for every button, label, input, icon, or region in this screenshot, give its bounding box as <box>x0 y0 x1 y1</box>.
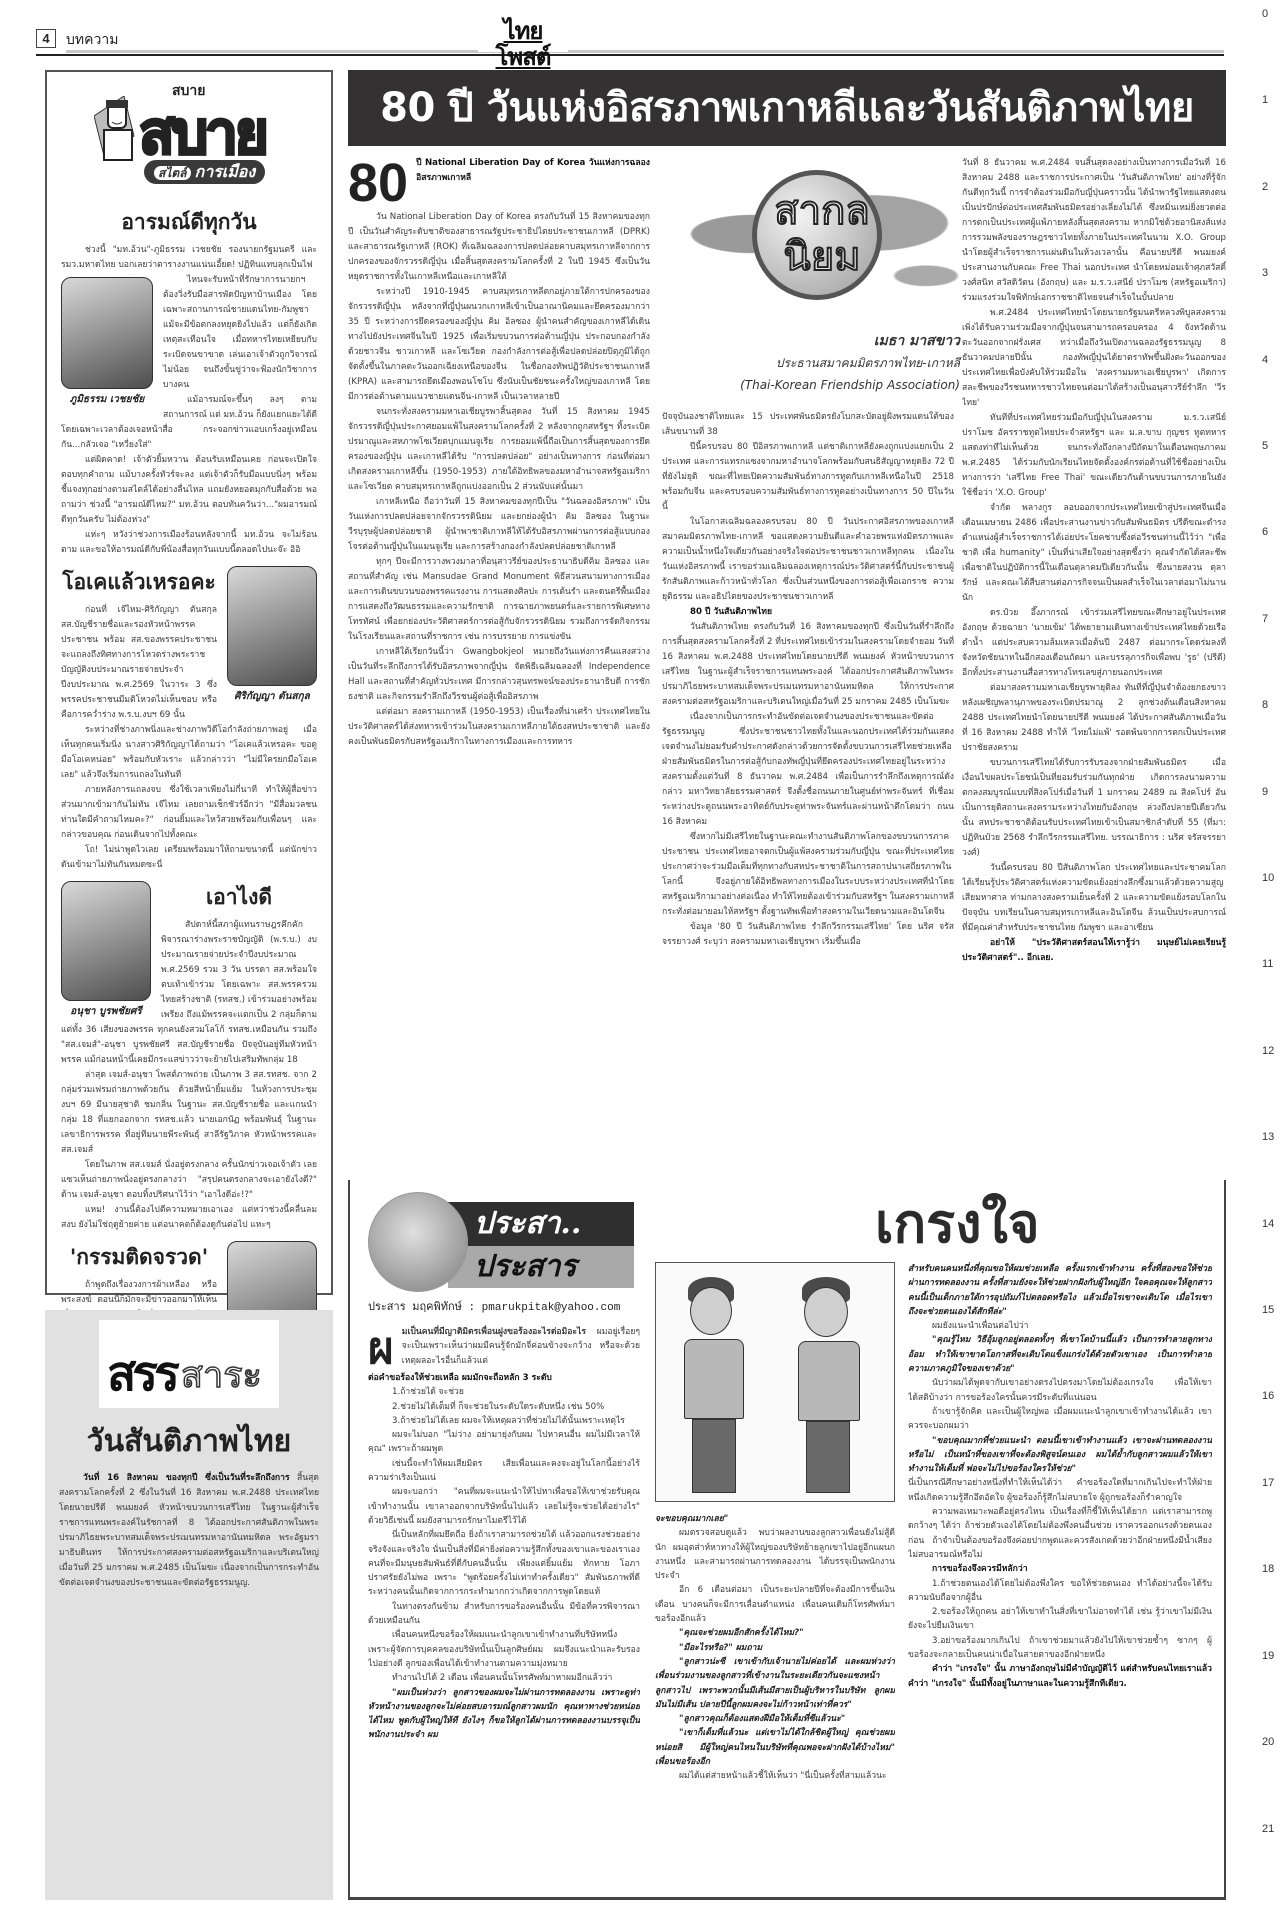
quote: "มีอะไรหรือ?" ผมถาม <box>655 1641 895 1655</box>
logo-top: ประสา.. <box>448 1202 634 1246</box>
paragraph: ระหว่างที่ช่างภาพนิ่งและช่างภาพวิดีโอกำล… <box>61 723 317 783</box>
paragraph: จนกระทั่งสงครามมหาเอเชียบูรพาสิ้นสุดลง ว… <box>348 405 650 495</box>
page-number: 4 <box>36 29 56 48</box>
quote: "ลูกสาวน่ะซี เขาเข้ากับเจ้านายไม่ค่อยได้… <box>655 1655 895 1712</box>
author-name: เมธา มาสขาว <box>662 330 960 352</box>
photo-anucha <box>61 881 151 1001</box>
item-body: ช่วงนี้ "มท.อ้วน"-ภูมิธรรม เวชยชัย รองนา… <box>61 243 317 558</box>
section-label: บทความ <box>66 29 118 51</box>
ruler-mark: 12 <box>1262 1045 1274 1057</box>
column-logo: สบาย สบาย สไตล์การเมือง <box>84 76 294 196</box>
paragraph: โถ! ไม่น่าพูดไวเลย เตรียมพร้อมมาให้ถามขน… <box>61 843 317 873</box>
header-rule-dark <box>36 54 1224 56</box>
quote: "ผมเป็นห่วงว่า ลูกสาวของผมจะไม่ผ่านการทด… <box>368 1686 640 1743</box>
photo-caption: อนุชา บูรพชัยศรี <box>61 1004 151 1019</box>
prasa-prasan-column: ประสา.. ประสาร ประสาร มฤคพิทักษ์ : pmaru… <box>348 1180 1226 1900</box>
author-title: ประธานสมาคมมิตรภาพไทย-เกาหลี <box>662 352 960 374</box>
man-left-icon <box>676 1277 766 1497</box>
ruler-mark: 10 <box>1262 872 1274 884</box>
item-title: อารมณ์ดีทุกวัน <box>61 206 317 239</box>
list-item: 2.ช่วยไม่ได้เต็มที่ ก็จะช่วยในระดับใดระด… <box>368 1400 640 1414</box>
sansara-body: วันที่ 16 สิงหาคม ของทุกปี ซึ่งเป็นวันที… <box>59 1471 319 1591</box>
paragraph: ในโอกาสเฉลิมฉลองครบรอบ 80 ปี วันประกาศอิ… <box>662 515 954 605</box>
paragraph: วันที่ 8 ธันวาคม พ.ศ.2484 จนสิ้นสุดลงอย่… <box>962 156 1226 306</box>
sansara-logo: สรร สาระ <box>99 1320 279 1408</box>
ruler-mark: 14 <box>1262 1218 1274 1230</box>
quote: "คุณจะช่วยผมอีกสักครั้งได้ไหม?" <box>655 1626 895 1640</box>
ruler-mark: 13 <box>1262 1131 1274 1143</box>
paragraph: ถ้าเขารู้จักคิด และเป็นผู้ใหญ่พอ เมื่อผม… <box>908 1405 1212 1434</box>
paragraph: ปัจจุบันองชาติไทยและ 15 ประเทศพันธมิตรยั… <box>662 410 954 440</box>
main-headline: 80 ปี วันแห่งอิสรภาพเกาหลีและวันสันติภาพ… <box>348 70 1226 146</box>
photo-sirikanya <box>227 566 317 686</box>
quote: "ขอบคุณมากที่ช่วยแนะนำ ตอนนี้เขาเข้าทำงา… <box>908 1434 1212 1477</box>
paragraph: แห่ะๆ หวังว่าช่วงการเมืองร้อนหลังจากนี้ … <box>61 528 317 558</box>
paragraph: แต่ผิดคาด! เจ้าตัวยิ้มหวาน ต้อนรับเหมือน… <box>61 453 317 528</box>
paragraph: ผมยังแนะนำเพื่อนต่อไปว่า <box>908 1319 1212 1333</box>
paragraph: วันสันติภาพไทย ตรงกับวันที่ 16 สิงหาคมขอ… <box>662 620 954 710</box>
paragraph: จำกัด พลางกูร ลอบออกจากประเทศไทยเข้าสู่ป… <box>962 501 1226 606</box>
paragraph: แต่ต่อมา สงครามเกาหลี (1950-1953) เป็นเร… <box>348 705 650 750</box>
sabai-style-politics-column: สบาย สบาย สไตล์การเมือง อารมณ์ดีทุกวัน ช… <box>45 70 333 1295</box>
ruler-mark: 2 <box>1262 181 1268 193</box>
logo-name: ไทยโพสต์ <box>478 18 568 70</box>
sansara-box: สรร สาระ วันสันติภาพไทย วันที่ 16 สิงหาค… <box>45 1310 333 1900</box>
photo-phumtham <box>61 277 153 389</box>
globe-icon: สากล นิยม <box>752 170 882 300</box>
ruler-mark: 17 <box>1262 1477 1274 1489</box>
paragraph: ในทางตรงกันข้าม สำหรับการขอร้องคนอื่นนั้… <box>368 1600 640 1629</box>
paragraph: ขบวนการเสรีไทยได้รับการรับรองจากฝ่ายสัมพ… <box>962 756 1226 861</box>
paragraph: ทันทีที่ประเทศไทยร่วมมือกับญี่ปุ่นในสงคร… <box>962 411 1226 501</box>
paragraph: ภายหลังการแถลงจบ ซึ่งใช้เวลาเพียงไม่กี่น… <box>61 783 317 843</box>
paragraph: พ.ศ.2484 ประเทศไทยนำโดยนายกรัฐมนตรีหลวงพ… <box>962 306 1226 411</box>
quote: "ลูกสาวคุณก็ต้องแสดงฝีมือให้เต็มที่ซีแล้… <box>655 1712 895 1726</box>
paragraph: ผมตรวจสอบดูแล้ว พบว่าผลงานของลูกสาวเพื่อ… <box>655 1526 895 1583</box>
paragraph: ปีนี้ครบรอบ 80 ปีอิสรภาพเกาหลี แต่ชาติเก… <box>662 440 954 515</box>
closing-line: คำว่า "เกรงใจ" นั้น ภาษาอังกฤษไม่มีคำบัญ… <box>908 1662 1212 1691</box>
photo-block: ศิริกัญญา ตันสกุล <box>227 566 317 704</box>
column-logo-globe: สากล นิยม <box>662 170 962 310</box>
paragraph: ต่อมาสงครามมหาเอเชียบูรพายุติลง ทันทีที่… <box>962 681 1226 756</box>
list-item: 1.ถ้าช่วยได้ จะช่วย <box>368 1385 640 1399</box>
paragraph: ดร.ป๋วย อึ๊งภากรณ์ เข้าร่วมเสรีไทยขณะศึก… <box>962 606 1226 681</box>
paragraph: ซึ่งหากไม่มีเสรีไทยในฐานะคณะทำงานสันติภา… <box>662 830 954 920</box>
logo-bottom: ประสาร <box>448 1246 634 1288</box>
article-column-3: วันที่ 8 ธันวาคม พ.ศ.2484 จนสิ้นสุดลงอย่… <box>962 156 1226 1171</box>
quote: "เขาก็เต็มที่แล้วนะ แต่เขาไม่ได้ใกล้ชิดผ… <box>655 1726 895 1769</box>
paragraph: เช่นนี้จะทำให้ผมเสียมิตร เสียเพื่อนและคง… <box>368 1457 640 1486</box>
sansara-title: วันสันติภาพไทย <box>59 1418 319 1465</box>
ruler-mark: 15 <box>1262 1304 1274 1316</box>
article-column-2: ปัจจุบันองชาติไทยและ 15 ประเทศพันธมิตรยั… <box>662 410 954 1172</box>
prasan-column-3: สำหรับคนคนหนึ่งที่คุณขอให้ผมช่วยเหลือ คร… <box>908 1262 1212 1892</box>
ruler-mark: 5 <box>1262 440 1268 452</box>
paragraph: นี่เป็นหลักที่ผมยึดถือ ยิ่งถ้าเราสามารถช… <box>368 1528 640 1599</box>
ruler-mark: 21 <box>1262 1823 1274 1835</box>
ruler-mark: 7 <box>1262 613 1268 625</box>
quote: "คุณรู้ไหม วิธีอุ้มลูกอยู่ตลอดทั้งๆ ที่เ… <box>908 1333 1212 1376</box>
logo-line-2: นิยม <box>757 237 887 277</box>
paragraph: ผมจะบอกว่า "คนที่ผมจะแนะนำให้ไปหาเพื่อขอ… <box>368 1485 640 1528</box>
illustration-two-men <box>655 1262 895 1502</box>
paragraph: เนื่องจากเป็นการกระทำอันขัดต่อเจตจำนงของ… <box>662 710 954 830</box>
prasan-column-2: จะขอบคุณมากเลย" ผมตรวจสอบดูแล้ว พบว่าผลง… <box>655 1512 895 1893</box>
ruler-mark: 18 <box>1262 1563 1274 1575</box>
cartoon-man-icon <box>94 96 142 166</box>
ruler-mark: 6 <box>1262 526 1268 538</box>
paragraph: ล่าสุด เจมส์-อนุชา โพสต์ภาพถ่าย เป็นภาพ … <box>61 1068 317 1158</box>
quote: สำหรับคนคนหนึ่งที่คุณขอให้ผมช่วยเหลือ คร… <box>908 1262 1212 1319</box>
subheading: การขอร้องจึงควรมีหลักว่า <box>908 1562 1212 1576</box>
logo-pill: สไตล์การเมือง <box>144 160 265 184</box>
list-item: 1.ถ้าช่วยตนเองได้โดยไม่ต้องพึ่งใคร ขอให้… <box>908 1577 1212 1606</box>
list-item: 3.อย่าขอร้องมากเกินไป ถ้าเขาช่วยมาแล้วยั… <box>908 1634 1212 1663</box>
ruler-mark: 20 <box>1262 1736 1274 1748</box>
paragraph: เพื่อนคนหนึ่งขอร้องให้ผมแนะนำลูกเขาเข้าท… <box>368 1628 640 1671</box>
paragraph: เกาหลีใต้เรียกวันนี้ว่า Gwangbokjeol หมา… <box>348 645 650 705</box>
photo-block: อนุชา บูรพชัยศรี <box>61 881 151 1019</box>
paragraph: เกาหลีเหนือ ถือว่าวันที่ 15 สิงหาคมของทุ… <box>348 495 650 555</box>
logo-line-1: สากล <box>757 191 887 231</box>
quote: จะขอบคุณมากเลย" <box>655 1512 895 1526</box>
sansara-lead: วันที่ 16 สิงหาคม ของทุกปี ซึ่งเป็นวันที… <box>83 1473 290 1483</box>
article-title: เกรงใจ <box>875 1180 1040 1266</box>
paragraph: วันนี้ครบรอบ 80 ปีสันติภาพโลก ประเทศไทยแ… <box>962 861 1226 936</box>
header-rule <box>66 50 1224 53</box>
ruler-mark: 0 <box>1262 8 1268 20</box>
ruler-mark: 11 <box>1262 958 1273 970</box>
paragraph: ข้อมูล '80 ปี วันสันติภาพไทย รำลึกวีรกรร… <box>662 920 954 950</box>
author-byline: เมธา มาสขาว ประธานสมาคมมิตรภาพไทย-เกาหลี… <box>662 330 960 396</box>
ruler-mark: 16 <box>1262 1390 1274 1402</box>
newspaper-logo[interactable]: ไทยโพสต์ อิสรภาพแห่งความคิด <box>478 18 568 52</box>
paragraph: นี่เป็นกรณีศึกษาอย่างหนึ่งที่ทำให้เห็นได… <box>908 1476 1212 1505</box>
list-item: 2.ขอร้องให้ถูกคน อย่าให้เขาทำในสิ่งที่เข… <box>908 1605 1212 1634</box>
sansara-logo-b: สาระ <box>181 1346 262 1403</box>
lead-heading: ปี National Liberation Day of Korea วันแ… <box>416 158 650 183</box>
sansara-logo-a: สรร <box>107 1336 176 1412</box>
paragraph: อีก 6 เดือนต่อมา เป็นระยะปลายปีที่จะต้อง… <box>655 1583 895 1626</box>
sansara-text: สิ้นสุดสงครามโลกครั้งที่ 2 ซึ่งในวันที่ … <box>59 1473 319 1588</box>
paragraph: ต่อคำขอร้องให้ช่วยเหลือ ผมมักจะถือหลัก 3… <box>368 1371 640 1385</box>
dropcap: ผ <box>368 1327 394 1371</box>
man-right-icon <box>784 1277 884 1497</box>
ruler-mark: 3 <box>1262 267 1268 279</box>
column-logo: ประสา.. ประสาร <box>368 1192 638 1292</box>
item-body: ศิริกัญญา ตันสกุล โอเคแล้วเหรอคะ ก่อนที่… <box>61 566 317 873</box>
dropcap: 80 <box>348 156 408 210</box>
closing-line: อย่าให้ "ประวัติศาสตร์สอนให้เรารู้ว่า มน… <box>962 936 1226 966</box>
lead-bold: มเป็นคนที่มีญาติมิตรเพื่อนฝูงขอร้องอะไรต… <box>402 1327 586 1337</box>
author-byline[interactable]: ประสาร มฤคพิทักษ์ : pmarukpitak@yahoo.co… <box>368 1297 620 1315</box>
subheading: 80 ปี วันสันติภาพไทย <box>662 605 954 620</box>
logo-pill-a: สไตล์ <box>154 166 191 180</box>
page-header: 4 บทความ ไทยโพสต์ อิสรภาพแห่งความคิด <box>36 18 1224 58</box>
paragraph: ระหว่างปี 1910-1945 คาบสมุทรเกาหลีตกอยู่… <box>348 285 650 405</box>
ruler-mark: 8 <box>1262 699 1268 711</box>
ruler-mark: 4 <box>1262 354 1268 366</box>
paragraph: ผมได้แต่ส่ายหน้าแล้วชี้ให้เห็นว่า "นี่เป… <box>655 1769 895 1783</box>
paragraph: โดยในภาพ สส.เจมส์ นั่งอยู่ตรงกลาง ครั้นน… <box>61 1158 317 1203</box>
paragraph: ความพอเหมาะพอดีอยู่ตรงไหน เป็นเรื่องที่ก… <box>908 1505 1212 1562</box>
paragraph: แหม! งานนี้ต้องไปตีความหมายเอาเอง แต่หว่… <box>61 1203 317 1233</box>
ruler-mark: 9 <box>1262 786 1268 798</box>
photo-caption: ภูมิธรรม เวชยชัย <box>61 392 153 407</box>
paragraph: ผมจะไม่บอก "ไม่ว่าง อย่ามายุ่งกับผม ไปหา… <box>368 1428 640 1457</box>
paragraph: นับว่าผมได้พูดจากับเขาอย่างตรงไปตรงมาโดย… <box>908 1376 1212 1405</box>
prasan-column-1: ผ มเป็นคนที่มีญาติมิตรเพื่อนฝูงขอร้องอะไ… <box>368 1325 640 1893</box>
paragraph: ทำงานไปได้ 2 เดือน เพื่อนคนนั้นโทรศัพท์ม… <box>368 1671 640 1685</box>
item-body: อนุชา บูรพชัยศรี เอาไงดี สัปดาห์นี้สภาผู… <box>61 881 317 1233</box>
paragraph: วัน National Liberation Day of Korea ตรง… <box>348 210 650 285</box>
paragraph: ช่วงนี้ "มท.อ้วน"-ภูมิธรรม เวชยชัย รองนา… <box>61 243 317 273</box>
logo-pill-b: การเมือง <box>195 162 256 181</box>
ruler-mark: 1 <box>1262 94 1268 106</box>
list-item: 3.ถ้าช่วยไม่ได้เลย ผมจะให้เหตุผลว่าที่ช่… <box>368 1414 640 1428</box>
author-org: (Thai-Korean Friendship Association) <box>662 374 960 396</box>
page-ruler: 0123456789101112131415161718192021 <box>1262 0 1282 1920</box>
paragraph: ทุกๆ ปีจะมีการวางพวงมาลาที่อนุสาวรีย์ของ… <box>348 555 650 645</box>
ruler-mark: 19 <box>1262 1650 1274 1662</box>
photo-block: ภูมิธรรม เวชยชัย <box>61 277 153 407</box>
article-column-1: 80 ปี National Liberation Day of Korea ว… <box>348 156 650 1171</box>
photo-caption: ศิริกัญญา ตันสกุล <box>227 689 317 704</box>
author-photo <box>368 1192 468 1292</box>
